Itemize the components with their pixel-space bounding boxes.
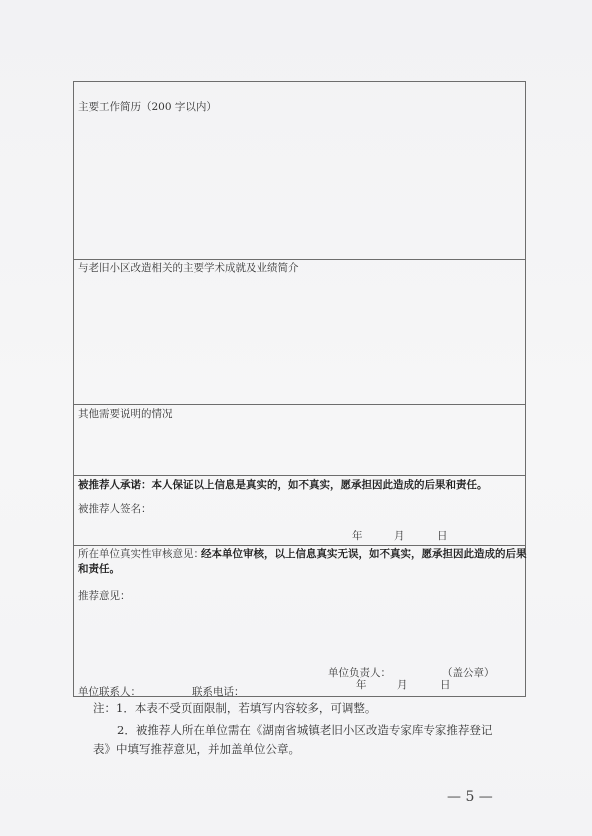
unit-review-prefix: 所在单位真实性审核意见：: [78, 547, 204, 562]
signature-label: 被推荐人签名：: [78, 502, 152, 517]
unit-review-statement-line2: 和责任。: [78, 562, 120, 577]
unit-review-cell: 所在单位真实性审核意见： 经本单位审核，以上信息真实无误，如不真实，愿承担因此造…: [74, 546, 525, 697]
achievements-cell[interactable]: 与老旧小区改造相关的主要学术成就及业绩简介: [74, 260, 525, 405]
document-page: 主要工作简历（200 字以内） 与老旧小区改造相关的主要学术成就及业绩简介 其他…: [0, 0, 592, 836]
commitment-cell: 被推荐人承诺：本人保证以上信息是真实的，如不真实，愿承担因此造成的后果和责任。 …: [74, 476, 525, 546]
review-date-year: 年: [356, 678, 367, 693]
unit-review-statement-line1: 经本单位审核，以上信息真实无误，如不真实，愿承担因此造成的后果: [201, 547, 527, 562]
expert-recommendation-form-table: 主要工作简历（200 字以内） 与老旧小区改造相关的主要学术成就及业绩简介 其他…: [73, 81, 526, 697]
unit-contact-label: 单位联系人：: [78, 685, 141, 700]
contact-phone-label: 联系电话：: [192, 685, 245, 700]
commitment-statement: 被推荐人承诺：本人保证以上信息是真实的，如不真实，愿承担因此造成的后果和责任。: [78, 478, 488, 493]
page-number: — 5 —: [447, 789, 493, 805]
commitment-date-month: 月: [394, 529, 405, 544]
work-history-label: 主要工作简历（200 字以内）: [78, 100, 217, 115]
other-notes-cell[interactable]: 其他需要说明的情况: [74, 405, 525, 476]
recommendation-label: 推荐意见：: [78, 589, 131, 604]
note-2-line2: 表》中填写推荐意见，并加盖单位公章。: [93, 741, 300, 757]
work-history-cell[interactable]: 主要工作简历（200 字以内）: [74, 82, 525, 260]
review-date-day: 日: [440, 678, 451, 693]
note-1: 注：1．本表不受页面限制，若填写内容较多，可调整。: [93, 700, 376, 716]
other-notes-label: 其他需要说明的情况: [78, 407, 173, 422]
commitment-date-year: 年: [352, 529, 363, 544]
commitment-date-day: 日: [437, 529, 448, 544]
review-date-month: 月: [397, 678, 408, 693]
note-2-line1: 2．被推荐人所在单位需在《湖南省城镇老旧小区改造专家库专家推荐登记: [117, 722, 492, 738]
achievements-label: 与老旧小区改造相关的主要学术成就及业绩简介: [78, 261, 299, 276]
